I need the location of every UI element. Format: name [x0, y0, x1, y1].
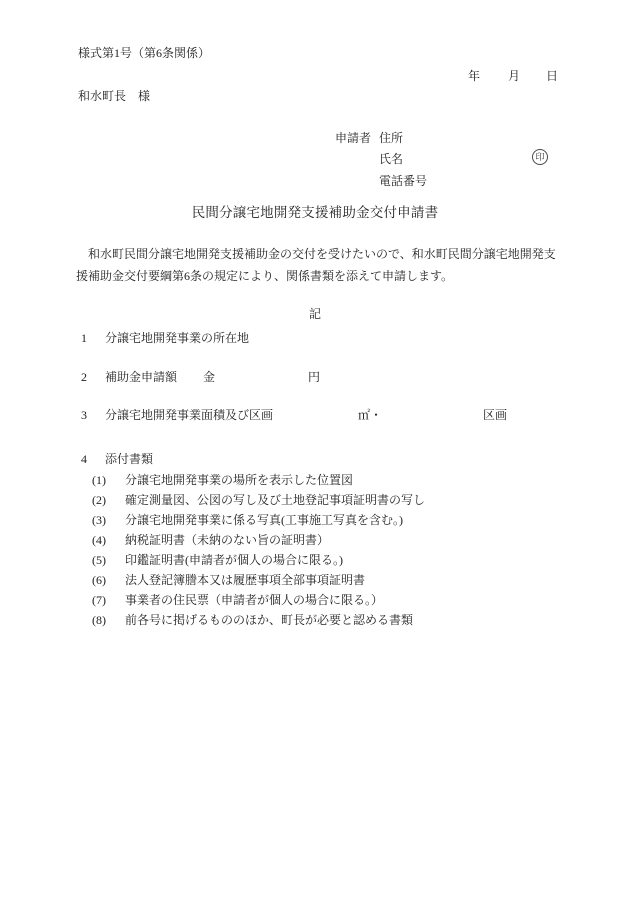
- body-paragraph-line-2: 援補助金交付要綱第6条の規定により、関係書類を添えて申請します。: [76, 269, 558, 283]
- attachment-number: (1): [92, 473, 106, 487]
- applicant-label: 申請者: [335, 131, 371, 145]
- attachment-row-2: (2) 確定測量図、公図の写し及び土地登記事項証明書の写し: [0, 493, 630, 508]
- amount-suffix-label: 円: [308, 370, 320, 384]
- attachment-number: (5): [92, 553, 106, 567]
- document-title: 民間分譲宅地開発支援補助金交付申請書: [0, 205, 630, 221]
- attachment-text: 法人登記簿謄本又は履歴事項全部事項証明書: [125, 573, 365, 587]
- attachment-number: (6): [92, 573, 106, 587]
- form-number: 様式第1号（第6条関係）: [78, 46, 210, 60]
- item-row-4: 4 添付書類: [0, 452, 630, 467]
- applicant-phone-label: 電話番号: [379, 174, 427, 188]
- item-row-2: 2 補助金申請額 金 円: [0, 370, 630, 385]
- body-paragraph-line-1: 和水町民間分譲宅地開発支援補助金の交付を受けたいので、和水町民間分譲宅地開発支: [76, 247, 558, 261]
- attachment-number: (7): [92, 593, 106, 607]
- item-label: 分譲宅地開発事業面積及び区画: [105, 408, 273, 422]
- item-number: 3: [81, 408, 87, 422]
- attachment-number: (4): [92, 533, 106, 547]
- attachment-row-4: (4) 納税証明書（未納のない旨の証明書）: [0, 533, 630, 548]
- item-label: 補助金申請額: [105, 370, 177, 384]
- attachment-row-7: (7) 事業者の住民票（申請者が個人の場合に限る。）: [0, 593, 630, 608]
- attachment-row-5: (5) 印鑑証明書(申請者が個人の場合に限る。): [0, 553, 630, 568]
- attachment-text: 分譲宅地開発事業に係る写真(工事施工写真を含む。): [125, 513, 403, 527]
- item-row-3: 3 分譲宅地開発事業面積及び区画 ㎡・ 区画: [0, 408, 630, 423]
- date-month-label: 月: [508, 69, 520, 83]
- attachment-text: 事業者の住民票（申請者が個人の場合に限る。）: [125, 593, 383, 607]
- amount-prefix-label: 金: [203, 370, 215, 384]
- item-number: 4: [81, 452, 87, 466]
- attachment-number: (2): [92, 493, 106, 507]
- attachment-row-1: (1) 分譲宅地開発事業の場所を表示した位置図: [0, 473, 630, 488]
- applicant-address-label: 住所: [379, 131, 403, 145]
- attachment-row-8: (8) 前各号に掲げるもののほか、町長が必要と認める書類: [0, 613, 630, 628]
- item-number: 2: [81, 370, 87, 384]
- document-page: 様式第1号（第6条関係） 年 月 日 和水町長 様 申請者 住所 氏名 印 電話…: [0, 0, 630, 903]
- attachment-row-6: (6) 法人登記簿謄本又は履歴事項全部事項証明書: [0, 573, 630, 588]
- item-row-1: 1 分譲宅地開発事業の所在地: [0, 331, 630, 346]
- date-year-label: 年: [468, 69, 480, 83]
- item-number: 1: [81, 331, 87, 345]
- area-unit-label: ㎡・: [358, 408, 382, 422]
- attachment-number: (8): [92, 613, 106, 627]
- attachment-text: 分譲宅地開発事業の場所を表示した位置図: [125, 473, 353, 487]
- seal-mark-icon: 印: [532, 149, 548, 165]
- attachment-row-3: (3) 分譲宅地開発事業に係る写真(工事施工写真を含む。): [0, 513, 630, 528]
- record-heading: 記: [0, 307, 630, 321]
- lot-unit-label: 区画: [483, 408, 507, 422]
- attachment-text: 確定測量図、公図の写し及び土地登記事項証明書の写し: [125, 493, 425, 507]
- date-day-label: 日: [546, 69, 558, 83]
- attachment-text: 納税証明書（未納のない旨の証明書）: [125, 533, 329, 547]
- attachment-text: 前各号に掲げるもののほか、町長が必要と認める書類: [125, 613, 413, 627]
- attachment-text: 印鑑証明書(申請者が個人の場合に限る。): [125, 553, 343, 567]
- item-label: 分譲宅地開発事業の所在地: [105, 331, 249, 345]
- addressee: 和水町長 様: [78, 89, 150, 103]
- item-label: 添付書類: [105, 452, 153, 466]
- applicant-name-label: 氏名: [379, 152, 403, 166]
- attachment-number: (3): [92, 513, 106, 527]
